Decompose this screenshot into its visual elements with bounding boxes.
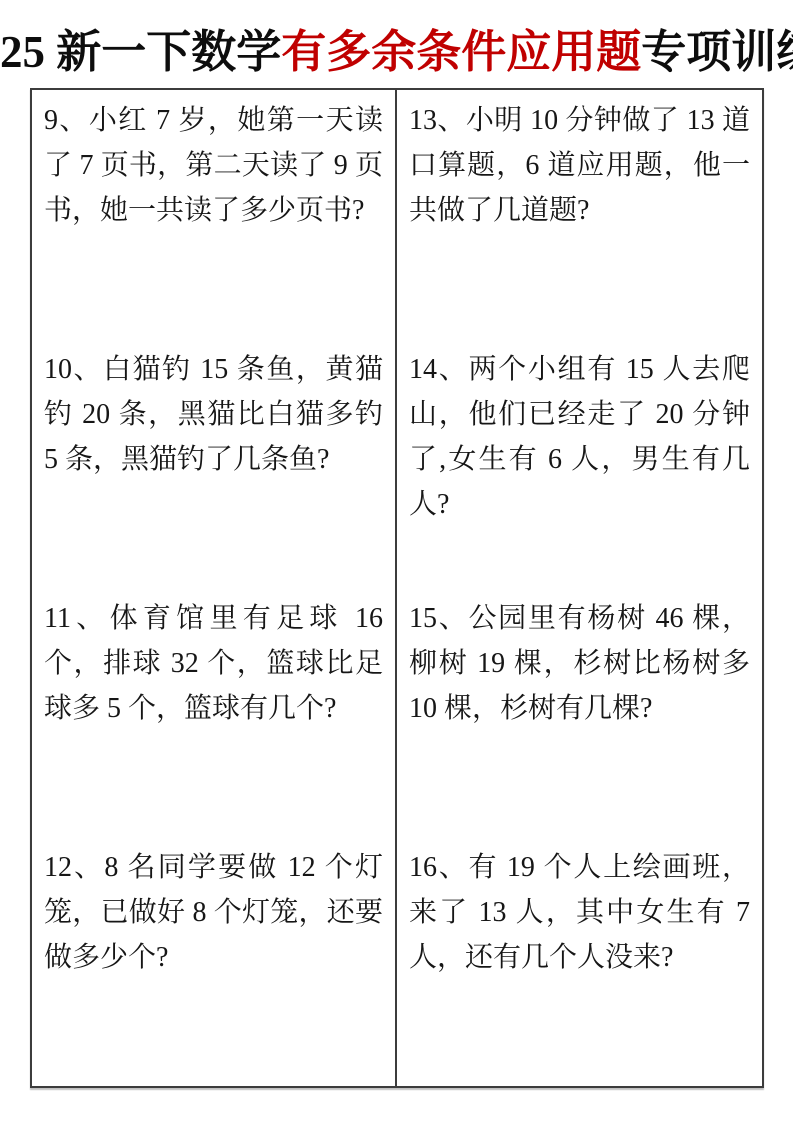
title-prefix: 25 新一下数学 — [0, 27, 281, 77]
worksheet-page: 25 新一下数学有多余条件应用题专项训练 9、小红 7 岁，她第一天读了 7 页… — [0, 0, 793, 1122]
problems-table: 9、小红 7 岁，她第一天读了 7 页书，第二天读了 9 页书，她一共读了多少页… — [30, 88, 764, 1088]
problem-12: 12、8 名同学要做 12 个灯笼，已做好 8 个灯笼，还要做多少个? — [32, 837, 397, 1086]
title-suffix: 专项训练 — [641, 27, 793, 77]
problem-9: 9、小红 7 岁，她第一天读了 7 页书，第二天读了 9 页书，她一共读了多少页… — [32, 90, 397, 339]
worksheet-title: 25 新一下数学有多余条件应用题专项训练 — [0, 22, 793, 82]
problem-15: 15、公园里有杨树 46 棵，柳树 19 棵，杉树比杨树多 10 棵，杉树有几棵… — [397, 588, 762, 837]
problem-16: 16、有 19 个人上绘画班，来了 13 人，其中女生有 7 人，还有几个人没来… — [397, 837, 762, 1086]
problem-13: 13、小明 10 分钟做了 13 道口算题，6 道应用题，他一共做了几道题? — [397, 90, 762, 339]
problem-11: 11、体育馆里有足球 16 个，排球 32 个，篮球比足球多 5 个，篮球有几个… — [32, 588, 397, 837]
title-highlight: 有多余条件应用题 — [281, 27, 641, 77]
problem-14: 14、两个小组有 15 人去爬山，他们已经走了 20 分钟了,女生有 6 人，男… — [397, 339, 762, 588]
problem-10: 10、白猫钓 15 条鱼，黄猫钓 20 条，黑猫比白猫多钓 5 条，黑猫钓了几条… — [32, 339, 397, 588]
